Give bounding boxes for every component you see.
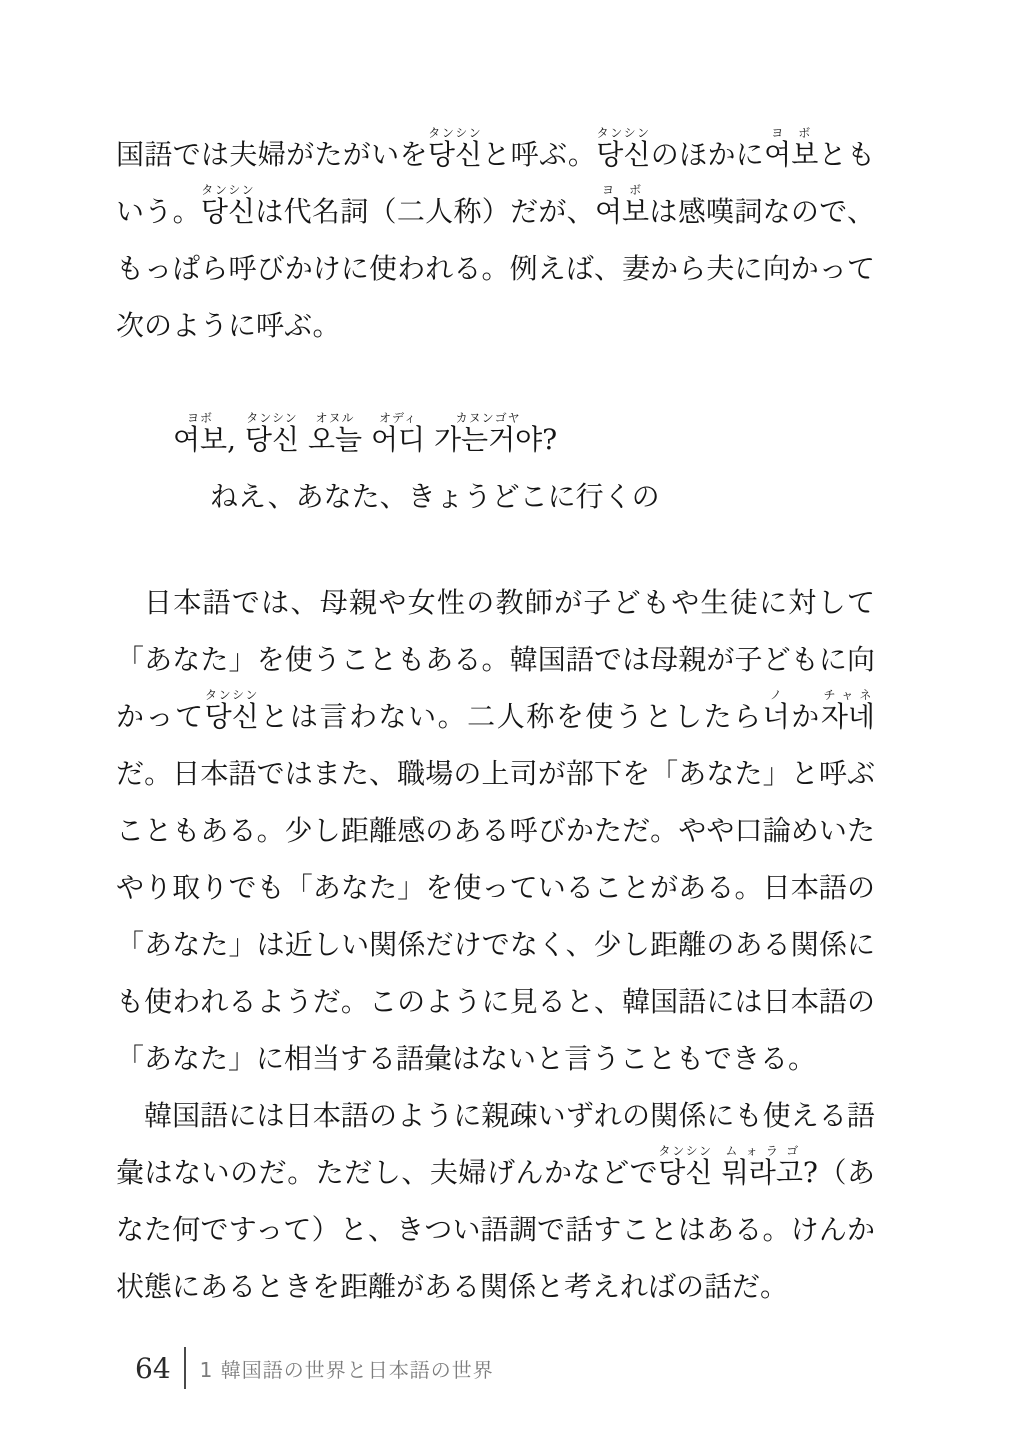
example-quote-block: 여보ヨボ, 당신タンシン 오늘オヌル 어디オディ 가는거야カヌンゴヤ? ねえ、あ… xyxy=(116,411,875,525)
korean-word-with-furigana: 여보ヨボ xyxy=(173,423,227,456)
text-line-p2-7: 「あなた」は近しい関係だけでなく、少し距離のある関係に xyxy=(116,916,875,973)
korean-word-with-furigana: 당신タンシン xyxy=(245,423,299,456)
furigana-reading: ノ xyxy=(763,688,790,702)
page-body-text: 国語では夫婦がたがいを당신タンシンと呼ぶ。당신タンシンのほかに여보ヨボとも いう… xyxy=(116,126,875,1315)
korean-word-with-furigana: 오늘オヌル xyxy=(308,423,362,456)
korean-word-with-furigana: 당신タンシン xyxy=(201,195,255,228)
furigana-reading: オヌル xyxy=(308,411,362,425)
page-number: 64 xyxy=(135,1352,171,1385)
korean-word-with-furigana: 당신タンシン xyxy=(205,700,259,733)
chapter-title: 1 韓国語の世界と日本語の世界 xyxy=(200,1354,494,1383)
furigana-reading: タンシン xyxy=(201,183,255,197)
text-line-p3-1: 韓国語には日本語のように親疎いずれの関係にも使える語 xyxy=(116,1087,875,1144)
text-line-p2-4: だ。日本語ではまた、職場の上司が部下を「あなた」と呼ぶ xyxy=(116,745,875,802)
korean-word-with-furigana: 여보ヨボ xyxy=(595,195,649,228)
footer-divider xyxy=(184,1347,186,1389)
text-line-p3-4: 状態にあるときを距離がある関係と考えればの話だ。 xyxy=(116,1258,875,1315)
paragraph-1: 国語では夫婦がたがいを당신タンシンと呼ぶ。당신タンシンのほかに여보ヨボとも いう… xyxy=(116,126,875,354)
japanese-translation-line: ねえ、あなた、きょうどこに行くの xyxy=(210,468,875,525)
furigana-reading: タンシン xyxy=(596,126,650,140)
korean-word-with-furigana: 자네チャネ xyxy=(821,700,875,733)
paragraph-2: 日本語では、母親や女性の教師が子どもや生徒に対して 「あなた」を使うこともある。… xyxy=(116,574,875,1087)
korean-word-with-furigana: 뭐라고ムォラゴ xyxy=(722,1156,803,1189)
text-line-p2-3: かって당신タンシンとは言わない。二人称を使うとしたら너ノか자네チャネ xyxy=(116,688,875,745)
text-line-p1-2: いう。당신タンシンは代名詞（二人称）だが、여보ヨボは感嘆詞なので、 xyxy=(116,183,875,240)
text-line-p2-6: やり取りでも「あなた」を使っていることがある。日本語の xyxy=(116,859,875,916)
korean-word-with-furigana: 어디オディ xyxy=(371,423,425,456)
text-line-p2-1: 日本語では、母親や女性の教師が子どもや生徒に対して xyxy=(116,574,875,631)
text-line-p3-3: なた何ですって）と、きつい語調で話すことはある。けんか xyxy=(116,1201,875,1258)
text-line-p1-3: もっぱら呼びかけに使われる。例えば、妻から夫に向かって xyxy=(116,240,875,297)
furigana-reading: チャネ xyxy=(821,688,875,702)
furigana-reading: カヌンゴヤ xyxy=(434,411,542,425)
furigana-reading: オディ xyxy=(371,411,425,425)
furigana-reading: ヨボ xyxy=(764,126,818,140)
text-line-p2-2: 「あなた」を使うこともある。韓国語では母親が子どもに向 xyxy=(116,631,875,688)
furigana-reading: タンシン xyxy=(658,1144,712,1158)
furigana-reading: ムォラゴ xyxy=(722,1144,803,1158)
korean-word-with-furigana: 당신タンシン xyxy=(658,1156,712,1189)
furigana-reading: タンシン xyxy=(245,411,299,425)
furigana-reading: タンシン xyxy=(428,126,482,140)
text-line-p1-4: 次のように呼ぶ。 xyxy=(116,297,875,354)
korean-word-with-furigana: 당신タンシン xyxy=(596,138,650,171)
text-line-p2-8: も使われるようだ。このように見ると、韓国語には日本語の xyxy=(116,973,875,1030)
korean-example-line: 여보ヨボ, 당신タンシン 오늘オヌル 어디オディ 가는거야カヌンゴヤ? xyxy=(173,411,875,468)
korean-word-with-furigana: 여보ヨボ xyxy=(764,138,818,171)
korean-word-with-furigana: 가는거야カヌンゴヤ xyxy=(434,423,542,456)
furigana-reading: ヨボ xyxy=(595,183,649,197)
page-footer: 64 1 韓国語の世界と日本語の世界 xyxy=(135,1347,494,1389)
text-line-p2-9: 「あなた」に相当する語彙はないと言うこともできる。 xyxy=(116,1030,875,1087)
text-line-p1-1: 国語では夫婦がたがいを당신タンシンと呼ぶ。당신タンシンのほかに여보ヨボとも xyxy=(116,126,875,183)
text-line-p3-2: 彙はないのだ。ただし、夫婦げんかなどで당신タンシン 뭐라고ムォラゴ?（あ xyxy=(116,1144,875,1201)
furigana-reading: ヨボ xyxy=(173,411,227,425)
text-line-p2-5: こともある。少し距離感のある呼びかただ。やや口論めいた xyxy=(116,802,875,859)
paragraph-3: 韓国語には日本語のように親疎いずれの関係にも使える語 彙はないのだ。ただし、夫婦… xyxy=(116,1087,875,1315)
furigana-reading: タンシン xyxy=(205,688,259,702)
korean-word-with-furigana: 너ノ xyxy=(763,700,790,733)
korean-word-with-furigana: 당신タンシン xyxy=(428,138,482,171)
